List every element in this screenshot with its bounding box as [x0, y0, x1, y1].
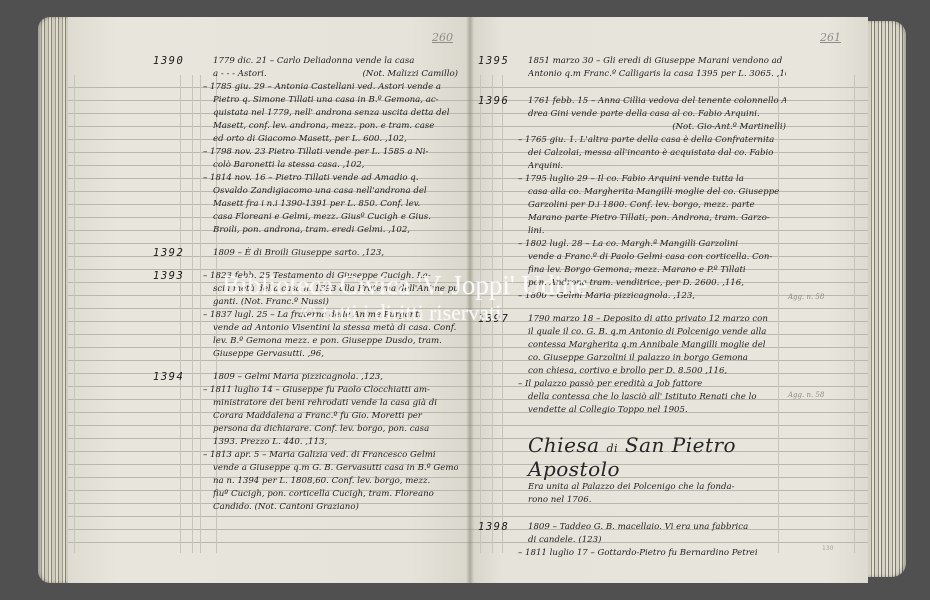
entry-line: fina lev. Borgo Gemona, mezz. Marano e P… [528, 264, 786, 277]
entry-line: 1779 dic. 21 – Carlo Deliadonna vende la… [213, 55, 458, 68]
entry-line: co. Giuseppe Garzolini il palazzo in bor… [528, 352, 786, 365]
entry-line: – 1765 giu. 1. L'altra parte della casa … [518, 134, 786, 147]
entry-line: dei Calzolai, messa all'incanto è acquis… [528, 147, 786, 160]
entry-line: 1851 marzo 30 – Gli eredi di Giuseppe Ma… [528, 55, 786, 68]
entry-line: – 1795 luglio 29 – Il co. Fabio Arquini … [518, 173, 786, 186]
entry-line: – 1813 apr. 5 – Maria Galizia ved. di Fr… [203, 449, 458, 462]
addendum-note: Agg. n. 58 [788, 293, 824, 301]
entry-line: 1809 – Taddeo G. B. macellaio. Vi era un… [528, 521, 786, 534]
entry-line: 1809 – Gelmi Maria pizzicagnola. ,123, [213, 371, 458, 384]
entry-line: Broili, pon. androna, tram. eredi Gelmi.… [213, 224, 458, 237]
entry-line: vende a Franc.º di Paolo Gelmi casa con … [528, 251, 786, 264]
house-number: 1396 [478, 95, 528, 107]
entry-line: Marano parte Pietro Tillati, pon. Andron… [528, 212, 786, 225]
left-page: 260 1390 1779 dic. 21 – Carlo Deliadonna… [68, 17, 470, 583]
section-note-line: Era unita al Palazzo dei Polcenigo che l… [528, 481, 786, 494]
entry-line: casa Floreani e Gelmi, mezz. Giusº Cucig… [213, 211, 458, 224]
entry-1393: 1393 – 1823 febb. 25 Testamento di Giuse… [68, 270, 470, 361]
entry-line: lini. [528, 225, 786, 238]
entry-line: 1761 febb. 15 – Anna Cillia vedova del t… [528, 95, 786, 108]
entry-line: drea Gini vende parte della casa al co. … [528, 108, 786, 121]
entry-line: vendette al Collegio Toppo nel 1905. [528, 404, 786, 417]
entry-line: ganti. (Not. Franc.º Nussi) [213, 296, 458, 309]
book-gutter [466, 17, 474, 583]
entry-1396: 1396 1761 febb. 15 – Anna Cillia vedova … [470, 95, 868, 303]
pencil-mark: 130 [822, 545, 833, 552]
entry-line: 1790 marzo 18 – Deposito di atto privato… [528, 313, 786, 326]
entry-line: Masett, conf. lev. androna, mezz. pon. e… [213, 120, 458, 133]
entry-line: 1393. Prezzo L. 440. ,113, [213, 436, 458, 449]
house-number: 1395 [478, 55, 528, 67]
entries-list: 1390 1779 dic. 21 – Carlo Deliadonna ven… [68, 55, 470, 520]
entry-line: – 1800 – Gelmi Maria pizzicagnola. ,123, [518, 290, 786, 303]
entry-line: della contessa che lo lasciò all' Istitu… [528, 391, 786, 404]
entry-line: – 1837 lugl. 25 – La fraterna delle Anim… [203, 309, 458, 322]
section-title-part: Chiesa [528, 433, 600, 457]
entry-line: – 1785 giu. 29 – Antonia Castellani ved.… [203, 81, 458, 94]
entry-line: contessa Margherita q.m Annibale Mangill… [528, 339, 786, 352]
entry-line: vende a Giuseppe q.m G. B. Gervasutti ca… [213, 462, 458, 475]
entry-line: Arquini. [528, 160, 786, 173]
entry-line: fiuº Cucigh, pon. corticella Cucigh, tra… [213, 488, 458, 501]
entry-line: Corara Maddalena a Franc.º fu Gio. Moret… [213, 410, 458, 423]
page-number: 260 [432, 31, 453, 44]
entry-line: – 1798 nov. 23 Pietro Tillati vende per … [203, 146, 458, 159]
entry-line: – 1811 luglio 14 – Giuseppe fu Paolo Clo… [203, 384, 458, 397]
entry-line: – 1811 luglio 17 – Gottardo-Pietro fu Be… [518, 547, 786, 560]
entry-line: Antonio q.m Franc.º Calligaris la casa 1… [528, 68, 786, 81]
entry-line: scia metà della casa n. 1393 alla Frater… [213, 283, 458, 296]
left-page-block-edge [38, 17, 70, 583]
notary-reference: (Not. Gio-Ant.º Martinelli) [528, 121, 786, 134]
section-chiesa-san-pietro: Chiesa di San Pietro Apostolo Era unita … [470, 433, 868, 507]
entry-line: colò Baronetti la stessa casa. ,102, [213, 159, 458, 172]
right-page-block-edge [868, 21, 906, 577]
house-number: 1392 [153, 247, 203, 259]
entry-line: – Il palazzo passò per eredità a Job fat… [518, 378, 786, 391]
entry-line: Osvaldo Zandigiacomo una casa nell'andro… [213, 185, 458, 198]
entry-line: quistata nel 1779, nell' androna senza u… [213, 107, 458, 120]
entry-line: – 1823 febb. 25 Testamento di Giuseppe C… [203, 270, 458, 283]
open-ledger-book: 260 1390 1779 dic. 21 – Carlo Deliadonna… [38, 15, 906, 585]
addendum-note: Agg. n. 58 [788, 391, 824, 399]
entry-line: il quale il co. G. B. q.m Antonio di Pol… [528, 326, 786, 339]
entry-line: Giuseppe Gervasutti. ,96, [213, 348, 458, 361]
entry-line: Masett fra i n.i 1390-1391 per L. 850. C… [213, 198, 458, 211]
entry-line: con chiesa, cortivo e brollo per D. 8.50… [528, 365, 786, 378]
section-title-part: di [606, 442, 618, 455]
entry-line: – 1802 lugl. 28 – La co. Margh.ª Mangill… [518, 238, 786, 251]
entry-line: Garzolini per D.i 1800. Conf. lev. borgo… [528, 199, 786, 212]
entry-line: persona da dichiarare. Conf. lev. borgo,… [213, 423, 458, 436]
entry-line: – 1814 nov. 16 – Pietro Tillati vende ad… [203, 172, 458, 185]
entry-line: ministratore dei beni rehrodati vende la… [213, 397, 458, 410]
entries-list: 1395 1851 marzo 30 – Gli eredi di Giusep… [470, 55, 868, 566]
entry-line: pon. Androna tram. venditrice, per D. 26… [528, 277, 786, 290]
entry-line: ed orto di Giacomo Masett, per L. 600. ,… [213, 133, 458, 146]
entry-line: 1809 – È di Broili Giuseppe sarto. ,123, [213, 247, 458, 260]
section-note-line: rono nel 1706. [528, 494, 786, 507]
right-page: 261 1395 1851 marzo 30 – Gli eredi di Gi… [470, 17, 868, 583]
house-number: 1390 [153, 55, 203, 67]
entry-1397: 1397 1790 marzo 18 – Deposito di atto pr… [470, 313, 868, 417]
entry-1394: 1394 1809 – Gelmi Maria pizzicagnola. ,1… [68, 371, 470, 514]
entry-line: na n. 1394 per L. 1808,60. Conf. lev. bo… [213, 475, 458, 488]
entry-line: lev. B.º Gemona mezz. e pon. Giuseppe Du… [213, 335, 458, 348]
entry-line: vende ad Antonio Visentini la stessa met… [213, 322, 458, 335]
section-title: Chiesa di San Pietro Apostolo [528, 433, 786, 481]
house-number: 1398 [478, 521, 528, 533]
entry-line: Pietro q. Simone Tillati una casa in B.º… [213, 94, 458, 107]
entry-1395: 1395 1851 marzo 30 – Gli eredi di Giusep… [470, 55, 868, 81]
entry-1398: 1398 1809 – Taddeo G. B. macellaio. Vi e… [470, 521, 868, 560]
entry-line: Candido. (Not. Cantoni Graziano) [213, 501, 458, 514]
house-number: 1393 [153, 270, 203, 282]
house-number: 1394 [153, 371, 203, 383]
house-number: 1397 [478, 313, 528, 325]
page-number: 261 [820, 31, 841, 44]
entry-line: di candele. (123) [528, 534, 786, 547]
entry-1390: 1390 1779 dic. 21 – Carlo Deliadonna ven… [68, 55, 470, 237]
entry-1392: 1392 1809 – È di Broili Giuseppe sarto. … [68, 247, 470, 260]
entry-line: casa alla co. Margherita Mangilli moglie… [528, 186, 786, 199]
